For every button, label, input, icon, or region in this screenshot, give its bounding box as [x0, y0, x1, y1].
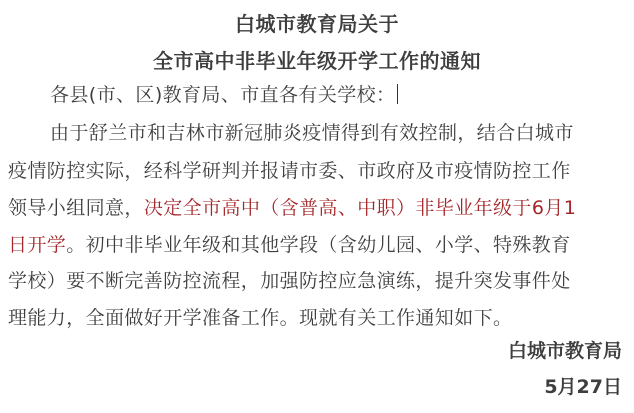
body-line-4: 日开学。初中非毕业年级和其他学段（含幼儿园、小学、特殊教育: [8, 230, 571, 257]
highlighted-decision: 决定全市高中（含普高、中职）非毕业年级于6月1: [144, 197, 576, 219]
salutation: 各县(市、区)教育局、市直各有关学校：: [50, 80, 398, 107]
highlighted-decision-end: 日开学: [8, 234, 66, 256]
body-line-3: 领导小组同意，决定全市高中（含普高、中职）非毕业年级于6月1: [8, 193, 576, 220]
body-line-3-normal: 领导小组同意，: [8, 197, 144, 219]
salutation-text: 各县(市、区)教育局、市直各有关学校：: [50, 84, 395, 106]
body-line-1: 由于舒兰市和吉林市新冠肺炎疫情得到有效控制，结合白城市: [50, 118, 574, 145]
body-line-2: 疫情防控实际，经科学研判并报请市委、市政府及市疫情防控工作: [8, 156, 571, 183]
body-line-6: 理能力，全面做好开学准备工作。现就有关工作通知如下。: [8, 303, 512, 330]
signature-date: 5月27日: [544, 372, 622, 399]
notice-title-line2: 全市高中非毕业年级开学工作的通知: [0, 45, 634, 74]
body-line-5: 学校）要不断完善防控流程，加强防控应急演练，提升突发事件处: [8, 266, 571, 293]
body-line-4-normal: 。初中非毕业年级和其他学段（含幼儿园、小学、特殊教育: [66, 234, 570, 256]
text-cursor: [397, 84, 398, 104]
notice-title-line1: 白城市教育局关于: [0, 8, 634, 37]
signature-org: 白城市教育局: [508, 336, 622, 363]
